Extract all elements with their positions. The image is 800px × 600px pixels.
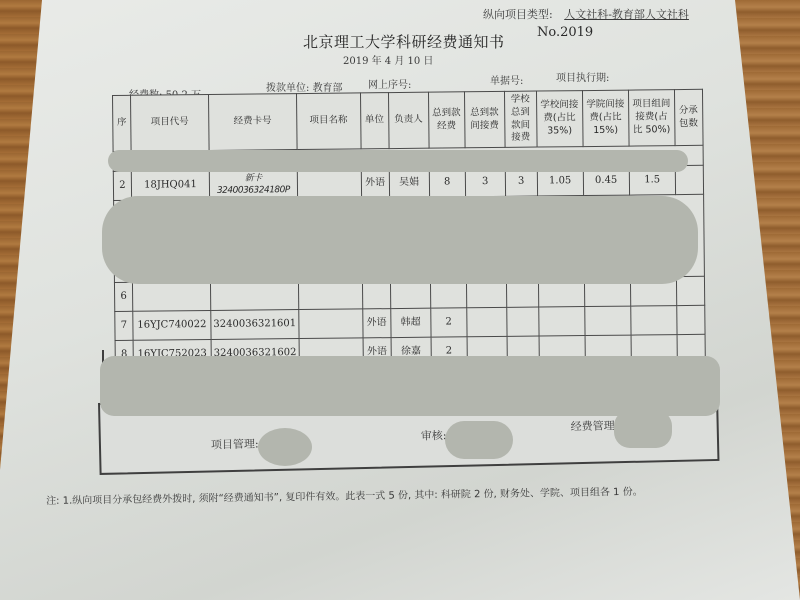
col-college-indirect: 学院间接费(占比 15%) (582, 90, 629, 146)
document-title: 北京理工大学科研经费通知书 (303, 31, 505, 52)
col-school-indirect: 学校间接费(占比 35%) (536, 91, 583, 147)
col-group-indirect: 项目组间接费(占比 50%) (628, 90, 675, 146)
project-type: 纵向项目类型: 人文社科-教育部人文社科 (483, 6, 689, 22)
funding-mgmt-label: 经费管理: (570, 417, 618, 434)
document-date: 2019 年 4 月 10 日 (343, 52, 433, 67)
col-subcontract: 分承包数 (674, 89, 703, 145)
paper-document: 纵向项目类型: 人文社科-教育部人文社科 北京理工大学科研经费通知书 No.20… (0, 0, 800, 600)
redaction-block-rows-3-5 (102, 196, 698, 284)
col-indirect: 总到款间接费 (464, 91, 505, 147)
redaction-signature-project-mgmt (258, 428, 312, 466)
redaction-block-rows-9-plus (100, 356, 720, 416)
redaction-signature-funding-mgmt (614, 410, 672, 448)
col-unit: 单位 (360, 93, 389, 149)
col-project-code: 项目代号 (131, 94, 210, 151)
receipt-no-label: 单据号: (490, 72, 523, 87)
project-type-label: 纵向项目类型: (483, 8, 553, 21)
execution-period-label: 项目执行期: (556, 69, 609, 84)
review-label: 审核: (421, 427, 447, 444)
col-total: 总到款经费 (428, 92, 465, 148)
redaction-row-1 (108, 150, 688, 172)
col-card-no: 经费卡号 (208, 94, 296, 151)
online-serial-label: 网上序号: (368, 76, 411, 91)
project-type-value: 人文社科-教育部人文社科 (564, 8, 689, 21)
table-header-row: 序 项目代号 经费卡号 项目名称 单位 负责人 总到款经费 总到款间接费 学校总… (113, 89, 703, 151)
document-number: No.2019 (537, 25, 593, 40)
col-project-name: 项目名称 (296, 93, 361, 150)
redaction-signature-review (445, 421, 513, 459)
col-lead: 负责人 (388, 92, 429, 148)
footnote: 注: 1.纵向项目分承包经费外拨时, 须附“经费通知书”, 复印件有效。此表一式… (46, 483, 643, 507)
col-school-total-indirect: 学校总到款间接费 (504, 91, 537, 147)
project-mgmt-label: 项目管理: (211, 435, 259, 452)
col-seq: 序 (113, 95, 132, 151)
